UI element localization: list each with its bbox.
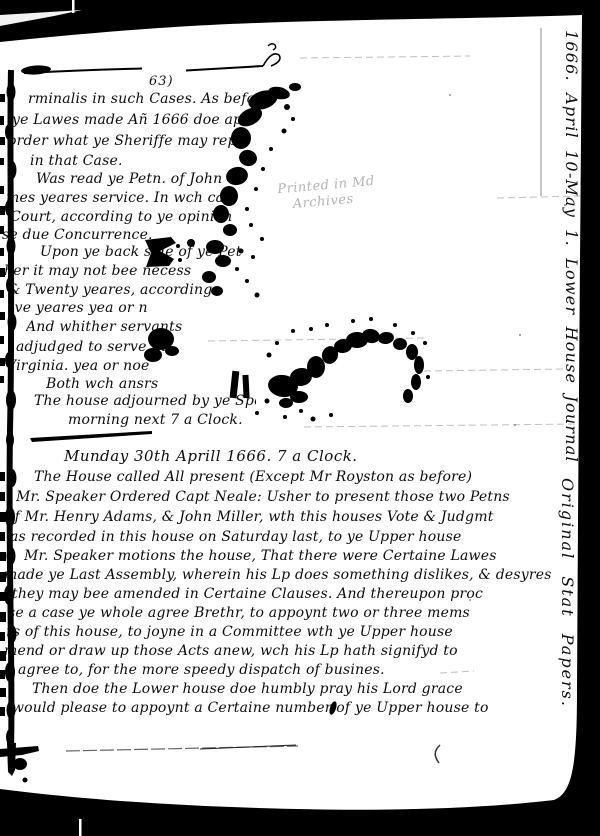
date-heading: Munday 30th Aprill 1666. 7 a Clock. [64, 447, 358, 465]
manuscript-line: Virginia. yea or noe [6, 357, 228, 375]
manuscript-text-layer: 63) Printed in Md Archives rminalis in s… [0, 0, 600, 836]
manuscript-line: mend or draw up those Acts anew, wch his… [4, 642, 458, 660]
margin-annotation-source: Original Stat Papers. [558, 478, 577, 768]
manuscript-line: Court, according to ye opinion [10, 208, 238, 226]
manuscript-line: Mr. Speaker Ordered Capt Neale: Usher to… [16, 488, 510, 506]
manuscript-line: would please to appoynt a Certaine numbe… [12, 699, 489, 717]
manuscript-line: The House called All present (Except Mr … [34, 468, 472, 486]
manuscript-line: The house adjourned by ye Speaker t [34, 392, 256, 410]
manuscript-line: in that Case. [30, 152, 258, 170]
page-number: 63) [149, 74, 174, 89]
manuscript-line: of Mr. Henry Adams, & John Miller, wth t… [6, 508, 494, 526]
manuscript-line: mes yeares service. In wch ca [6, 189, 234, 207]
manuscript-line: & Twenty yeares, according [8, 281, 230, 299]
margin-annotation-date: 1666. April 10-May 1. Lower House Journa… [562, 30, 581, 480]
manuscript-line: rs of this house, to joyne in a Committe… [6, 623, 453, 641]
manuscript-line: her it may not bee necess [4, 262, 226, 280]
manuscript-line: ive yeares yea or n [10, 299, 232, 317]
manuscript-line: order what ye Sheriffe may rep, [8, 132, 236, 150]
manuscript-line: adjudged to serve th [16, 338, 238, 356]
pencil-annotation: Printed in Md Archives [277, 174, 377, 214]
manuscript-scan: 63) Printed in Md Archives rminalis in s… [0, 0, 600, 836]
manuscript-line: Then doe the Lower house doe humbly pray… [32, 680, 463, 698]
manuscript-line: And whither servants [26, 318, 248, 336]
manuscript-line: morning next 7 a Clock. [68, 411, 290, 429]
manuscript-line: made ye Last Assembly, wherein his Lp do… [4, 566, 552, 584]
manuscript-line: Upon ye back side of ye Pet [40, 243, 262, 261]
manuscript-line: rminalis in such Cases. As befor ye qua [28, 90, 256, 108]
manuscript-line: se due Concurrence. [2, 226, 230, 244]
manuscript-line: they may bee amended in Certaine Clauses… [12, 585, 483, 603]
manuscript-line: as recorded in this house on Saturday la… [10, 528, 461, 546]
manuscript-line: agree to, for the more speedy dispatch o… [18, 661, 385, 679]
manuscript-line: Both wch ansrs [46, 375, 268, 393]
manuscript-line: Was read ye Petn. of John [36, 170, 264, 188]
manuscript-line: se a case ye whole agree Brethr, to appo… [8, 604, 470, 622]
manuscript-line: ye Lawes made Añ 1666 doe appor [12, 111, 240, 129]
manuscript-line: Mr. Speaker motions the house, That ther… [24, 547, 497, 565]
